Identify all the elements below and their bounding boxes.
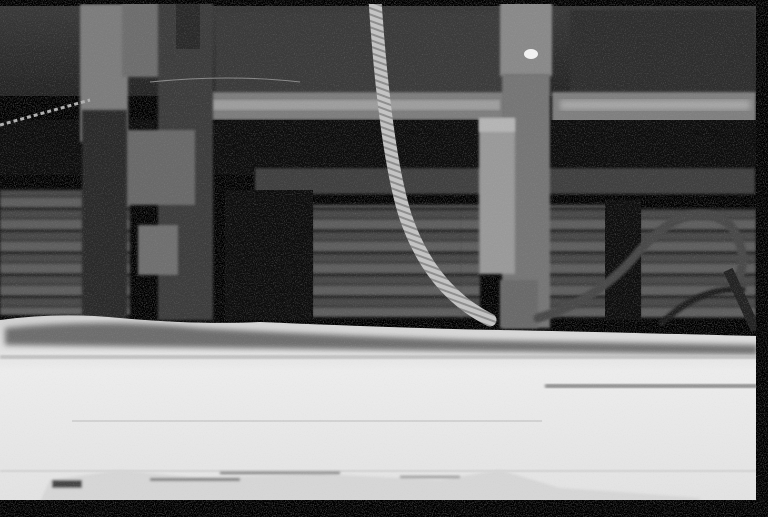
photograph	[0, 0, 768, 517]
center-short-plank	[479, 118, 515, 274]
center-vertical-post	[500, 0, 552, 76]
